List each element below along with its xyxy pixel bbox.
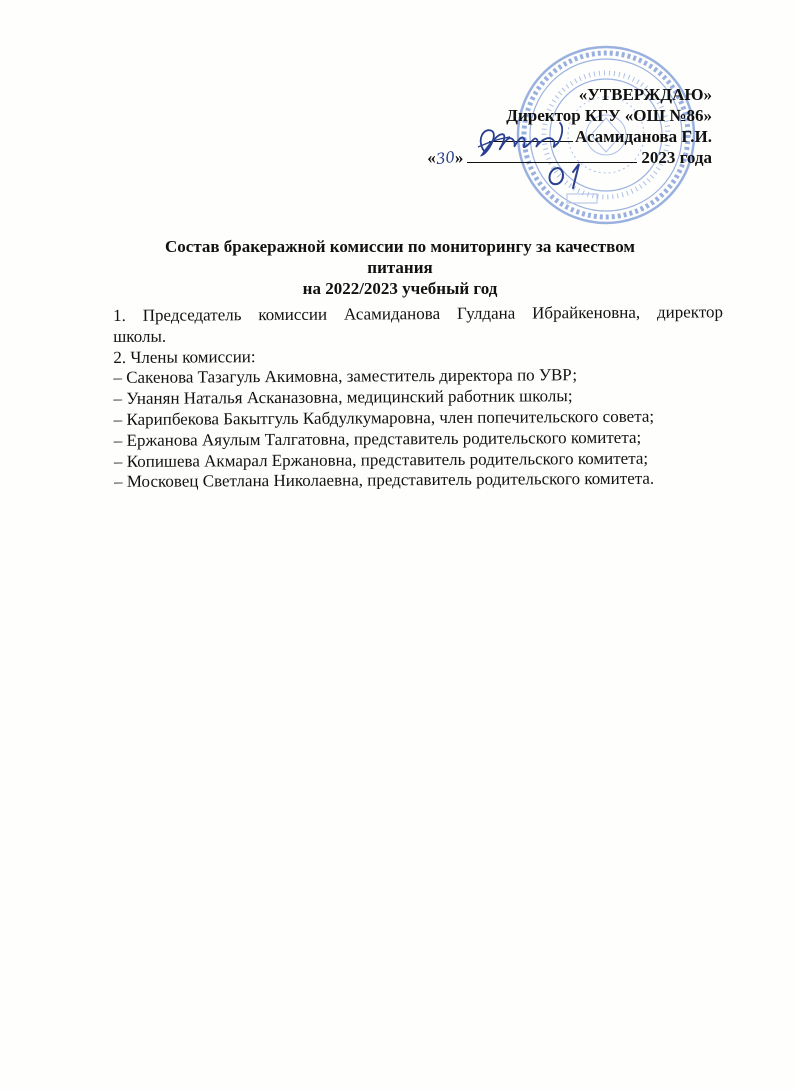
approval-heading: «УТВЕРЖДАЮ» (427, 84, 712, 105)
chair-word: Гулдана (457, 304, 515, 325)
document-title: Состав бракеражной комиссии по мониторин… (110, 236, 690, 299)
date-day-handwritten: 30 (434, 147, 456, 170)
date-year: 2023 года (641, 148, 712, 167)
member-item: – Московец Светлана Николаевна, представ… (114, 469, 724, 494)
document-page: «УТВЕРЖДАЮ» Директор КГУ «ОШ №86» Асамид… (0, 0, 796, 1091)
chair-word: директор (657, 302, 723, 323)
title-line-3: на 2022/2023 учебный год (110, 278, 690, 299)
handwritten-signature (470, 121, 570, 163)
title-line-2: питания (110, 257, 690, 278)
handwritten-month-icon (543, 158, 593, 190)
approver-name: Асамиданова Г.И. (575, 127, 712, 146)
document-body: 1. Председатель комиссии Асамиданова Гул… (113, 302, 724, 493)
chair-word: Асамиданова (344, 304, 440, 325)
chair-word: 1. (113, 306, 126, 327)
date-month-handwritten (543, 158, 593, 190)
title-line-1: Состав бракеражной комиссии по мониторин… (110, 236, 690, 257)
chair-word: Председатель (143, 305, 242, 326)
chair-word: комиссии (258, 305, 327, 326)
chair-line: 1. Председатель комиссии Асамиданова Гул… (113, 302, 723, 327)
signature-icon (470, 121, 570, 163)
chair-word: Ибрайкеновна, (532, 303, 640, 324)
